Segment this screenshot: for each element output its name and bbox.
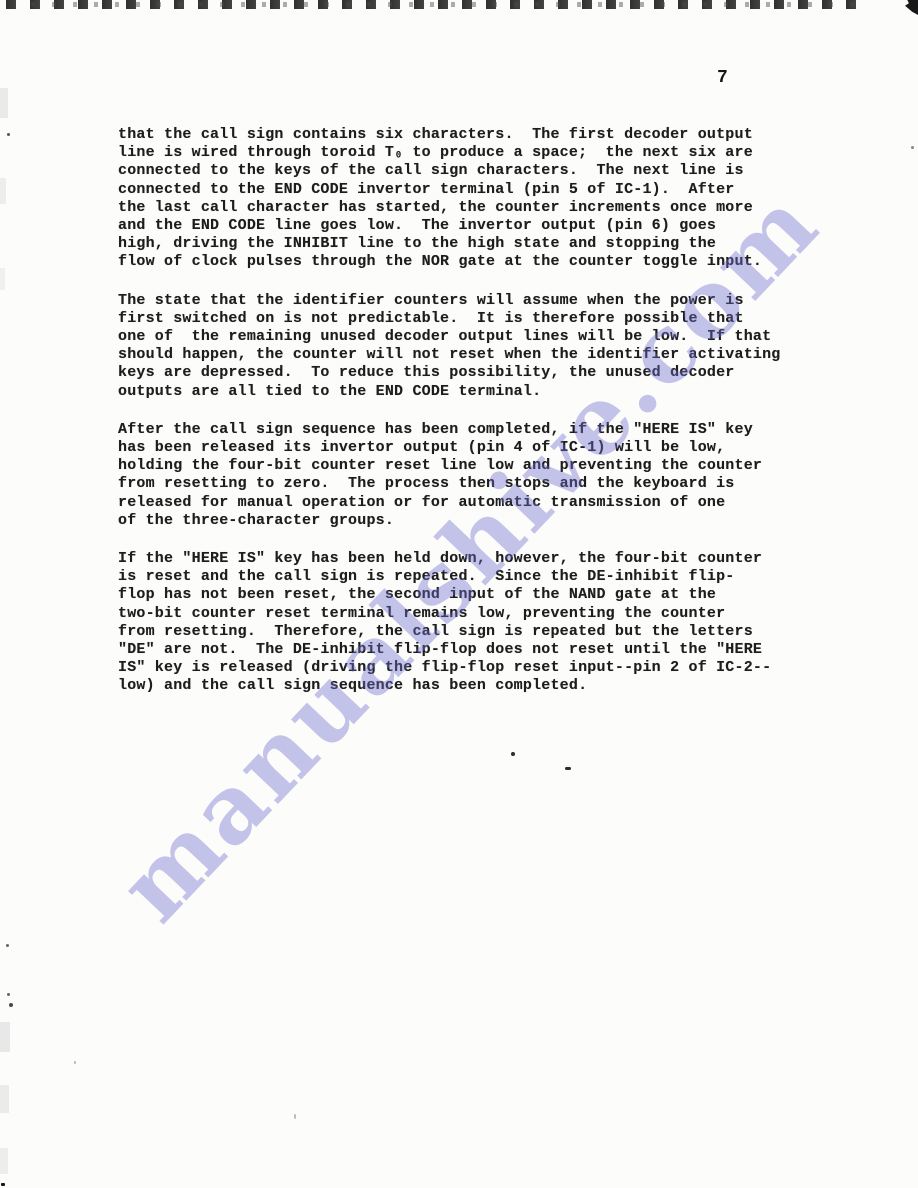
text-line: outputs are all tied to the END CODE ter… (118, 383, 818, 401)
text-line: two-bit counter reset terminal remains l… (118, 605, 818, 623)
page-text: that the call sign contains six characte… (118, 126, 818, 716)
text-line: "DE" are not. The DE-inhibit flip-flop d… (118, 641, 818, 659)
text-line: has been released its invertor output (p… (118, 439, 818, 457)
text-line: should happen, the counter will not rese… (118, 346, 818, 364)
text-line: from resetting. Therefore, the call sign… (118, 623, 818, 641)
text-line: and the END CODE line goes low. The inve… (118, 217, 818, 235)
paragraph-1: that the call sign contains six characte… (118, 126, 818, 272)
scan-speck (7, 133, 10, 136)
document-page: 7 that the call sign contains six charac… (0, 0, 918, 1188)
scan-speck (294, 1114, 296, 1119)
text-line: IS" key is released (driving the flip-fl… (118, 659, 818, 677)
edge-smudge (0, 1022, 10, 1052)
text-line: After the call sign sequence has been co… (118, 421, 818, 439)
text-line: released for manual operation or for aut… (118, 494, 818, 512)
paragraph-4: If the "HERE IS" key has been held down,… (118, 550, 818, 696)
perforation-edge-shadow (14, 2, 854, 7)
scan-speck (511, 752, 515, 756)
edge-smudge (0, 1148, 8, 1174)
text-line: high, driving the INHIBIT line to the hi… (118, 235, 818, 253)
text-line: keys are depressed. To reduce this possi… (118, 364, 818, 382)
text-line: connected to the END CODE invertor termi… (118, 181, 818, 199)
page-number: 7 (717, 68, 728, 88)
text-line: If the "HERE IS" key has been held down,… (118, 550, 818, 568)
scan-speck (911, 146, 914, 149)
text-line: line is wired through toroid T₀ to produ… (118, 144, 818, 162)
scan-speck (565, 767, 571, 770)
scan-speck (74, 1061, 76, 1064)
text-line: low) and the call sign sequence has been… (118, 677, 818, 695)
text-line: one of the remaining unused decoder outp… (118, 328, 818, 346)
scan-speck (7, 993, 10, 996)
text-line: of the three-character groups. (118, 512, 818, 530)
text-line: The state that the identifier counters w… (118, 292, 818, 310)
scan-speck (6, 944, 9, 947)
paragraph-3: After the call sign sequence has been co… (118, 421, 818, 530)
paragraph-2: The state that the identifier counters w… (118, 292, 818, 401)
scan-speck (1, 1183, 5, 1186)
text-line: from resetting to zero. The process then… (118, 475, 818, 493)
text-line: flow of clock pulses through the NOR gat… (118, 253, 818, 271)
scan-speck (9, 1003, 13, 1007)
text-line: that the call sign contains six characte… (118, 126, 818, 144)
text-line: the last call character has started, the… (118, 199, 818, 217)
text-line: connected to the keys of the call sign c… (118, 162, 818, 180)
text-line: flop has not been reset, the second inpu… (118, 586, 818, 604)
edge-smudge (0, 268, 5, 290)
edge-smudge (0, 178, 6, 204)
scan-corner-mark (905, 0, 918, 15)
edge-smudge (0, 88, 8, 118)
text-line: is reset and the call sign is repeated. … (118, 568, 818, 586)
edge-smudge (0, 1085, 9, 1113)
text-line: holding the four-bit counter reset line … (118, 457, 818, 475)
text-line: first switched on is not predictable. It… (118, 310, 818, 328)
